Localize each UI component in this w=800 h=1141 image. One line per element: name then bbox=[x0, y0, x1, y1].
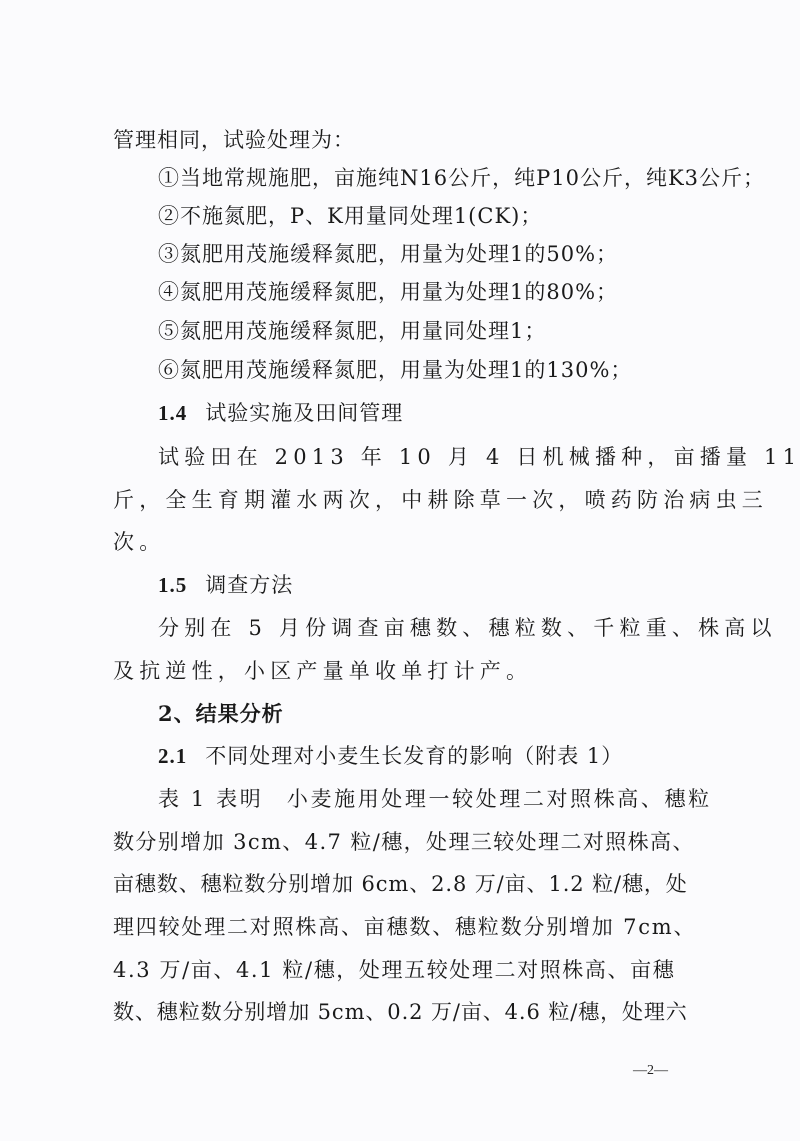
section-number: 1.4 bbox=[158, 401, 187, 425]
paragraph-line: 理四较处理二对照株高、亩穗数、穗粒数分别增加 7cm、 bbox=[113, 912, 696, 942]
section-title: 试验实施及田间管理 bbox=[205, 401, 403, 425]
paragraph-line: 斤，全生育期灌水两次，中耕除草一次，喷药防治病虫三 bbox=[113, 485, 768, 515]
treatment-3: ③氮肥用茂施缓释氮肥，用量为处理1的50%； bbox=[158, 239, 618, 269]
treatment-5: ⑤氮肥用茂施缓释氮肥，用量同处理1； bbox=[158, 316, 546, 346]
treatment-6: ⑥氮肥用茂施缓释氮肥，用量为处理1的130%； bbox=[158, 355, 632, 385]
section-1-5-heading: 1.5调查方法 bbox=[158, 570, 293, 600]
section-number: 1.5 bbox=[158, 573, 187, 597]
section-2-heading: 2、结果分析 bbox=[158, 699, 284, 729]
paragraph-line: 表 1 表明 小麦施用处理一较处理二对照株高、穗粒 bbox=[158, 784, 712, 814]
paragraph-line: 亩穗数、穗粒数分别增加 6cm、2.8 万/亩、1.2 粒/穗，处 bbox=[113, 869, 688, 899]
paragraph-line: 及抗逆性，小区产量单收单打计产。 bbox=[113, 656, 532, 686]
treatment-2: ②不施氮肥，P、K用量同处理1(CK)； bbox=[158, 201, 542, 231]
paragraph-line: 4.3 万/亩、4.1 粒/穗，处理五较处理二对照株高、亩穗 bbox=[113, 955, 675, 985]
section-title: 不同处理对小麦生长发育的影响（附表 1） bbox=[205, 744, 623, 768]
document-page: 管理相同，试验处理为： ①当地常规施肥，亩施纯N16公斤，纯P10公斤，纯K3公… bbox=[0, 0, 800, 1141]
paragraph-line: 次。 bbox=[113, 527, 165, 557]
section-number: 2.1 bbox=[158, 744, 187, 768]
section-2-1-heading: 2.1不同处理对小麦生长发育的影响（附表 1） bbox=[158, 741, 623, 771]
paragraph-line: 数、穗粒数分别增加 5cm、0.2 万/亩、4.6 粒/穗，处理六 bbox=[113, 997, 688, 1027]
intro-line: 管理相同，试验处理为： bbox=[113, 125, 355, 155]
paragraph-line: 数分别增加 3cm、4.7 粒/穗，处理三较处理二对照株高、 bbox=[113, 827, 695, 857]
treatment-1: ①当地常规施肥，亩施纯N16公斤，纯P10公斤，纯K3公斤； bbox=[158, 163, 765, 193]
paragraph-line: 试验田在 2013 年 10 月 4 日机械播种，亩播量 11 公 bbox=[158, 442, 800, 472]
page-number: —2— bbox=[633, 1063, 668, 1079]
section-1-4-heading: 1.4试验实施及田间管理 bbox=[158, 398, 403, 428]
treatment-4: ④氮肥用茂施缓释氮肥，用量为处理1的80%； bbox=[158, 277, 618, 307]
section-title: 调查方法 bbox=[205, 573, 293, 597]
paragraph-line: 分别在 5 月份调查亩穗数、穗粒数、千粒重、株高以 bbox=[158, 613, 777, 643]
